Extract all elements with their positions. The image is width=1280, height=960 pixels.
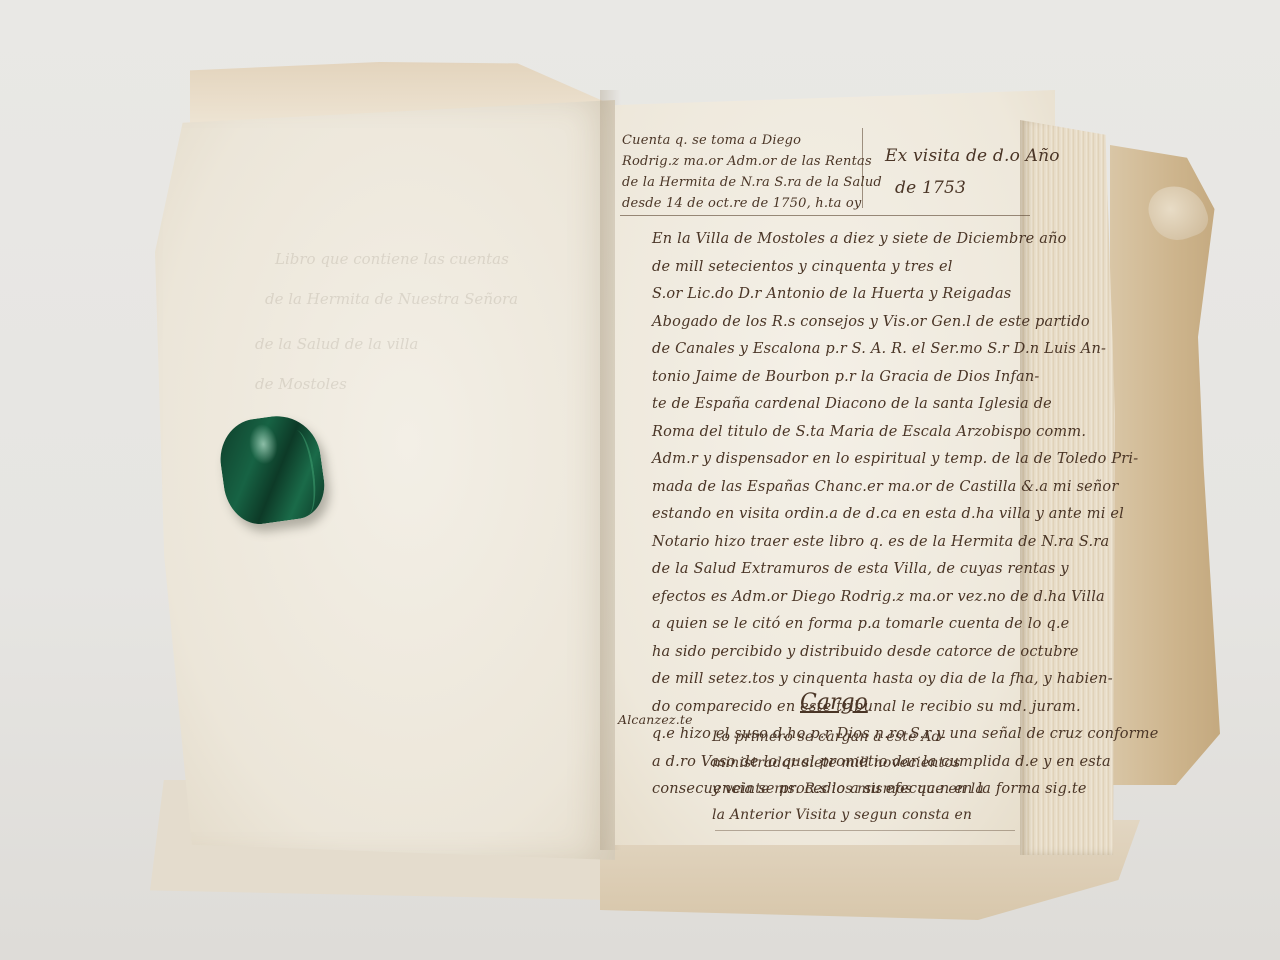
margin-note: Alcanzez.te: [618, 712, 693, 727]
body-line: Roma del titulo de S.ta Maria de Escala …: [652, 419, 1159, 447]
body-line: Notario hizo traer este libro q. es de l…: [652, 529, 1159, 557]
cargo-line: la Anterior Visita y segun consta en: [712, 802, 984, 828]
body-line: mada de las Españas Chanc.er ma.or de Ca…: [652, 474, 1159, 502]
body-line: estando en visita ordin.a de d.ca en est…: [652, 501, 1159, 529]
section-heading-cargo: Cargo: [800, 690, 868, 715]
body-line: En la Villa de Mostoles a diez y siete d…: [652, 226, 1159, 254]
body-line: ha sido percibido y distribuido desde ca…: [652, 639, 1159, 667]
body-line: a quien se le citó en forma p.a tomarle …: [652, 611, 1159, 639]
manuscript-body: En la Villa de Mostoles a diez y siete d…: [652, 226, 1159, 804]
body-line: de la Salud Extramuros de esta Villa, de…: [652, 556, 1159, 584]
body-line: tonio Jaime de Bourbon p.r la Gracia de …: [652, 364, 1159, 392]
visit-header: Ex visita de d.o Año de 1753: [885, 140, 1060, 204]
body-line: Adm.r y dispensador en lo espiritual y t…: [652, 446, 1159, 474]
body-line: de mill setecientos y cinquenta y tres e…: [652, 254, 1159, 282]
show-through-line: de Mostoles: [255, 375, 347, 393]
show-through-line: de la Hermita de Nuestra Señora: [265, 290, 518, 308]
body-line: do comparecido en este tribunal le recib…: [652, 694, 1159, 722]
header-line: Cuenta q. se toma a Diego: [622, 130, 882, 151]
closing-rule: [715, 830, 1015, 831]
body-line: S.or Lic.do D.r Antonio de la Huerta y R…: [652, 281, 1159, 309]
header-line: desde 14 de oct.re de 1750, h.ta oy: [622, 193, 882, 214]
body-line: Abogado de los R.s consejos y Vis.or Gen…: [652, 309, 1159, 337]
body-line: de Canales y Escalona p.r S. A. R. el Se…: [652, 336, 1159, 364]
header-line: Ex visita de d.o Año: [885, 140, 1060, 172]
header-divider-horizontal: [620, 215, 1030, 216]
show-through-line: de la Salud de la villa: [255, 335, 418, 353]
header-line: de la Hermita de N.ra S.ra de la Salud: [622, 172, 882, 193]
body-line: te de España cardenal Diacono de la sant…: [652, 391, 1159, 419]
cargo-line: Lo primero se cargan a este Ad-: [712, 724, 984, 750]
body-line: efectos es Adm.or Diego Rodrig.z ma.or v…: [652, 584, 1159, 612]
photo-scene: Libro que contiene las cuentas de la Her…: [0, 0, 1280, 960]
account-header: Cuenta q. se toma a Diego Rodrig.z ma.or…: [622, 130, 882, 214]
cargo-entry: Lo primero se cargan a este Ad- ministra…: [712, 724, 984, 828]
header-line: Rodrig.z ma.or Adm.or de las Rentas: [622, 151, 882, 172]
cargo-line: y veinte ms. R.s los mismos que en la: [712, 776, 984, 802]
header-divider-vertical: [862, 128, 863, 208]
body-line: de mill setez.tos y cinquenta hasta oy d…: [652, 666, 1159, 694]
cargo-line: ministrador siete mill novecientos: [712, 750, 984, 776]
show-through-line: Libro que contiene las cuentas: [275, 250, 509, 268]
header-line: de 1753: [885, 172, 1060, 204]
